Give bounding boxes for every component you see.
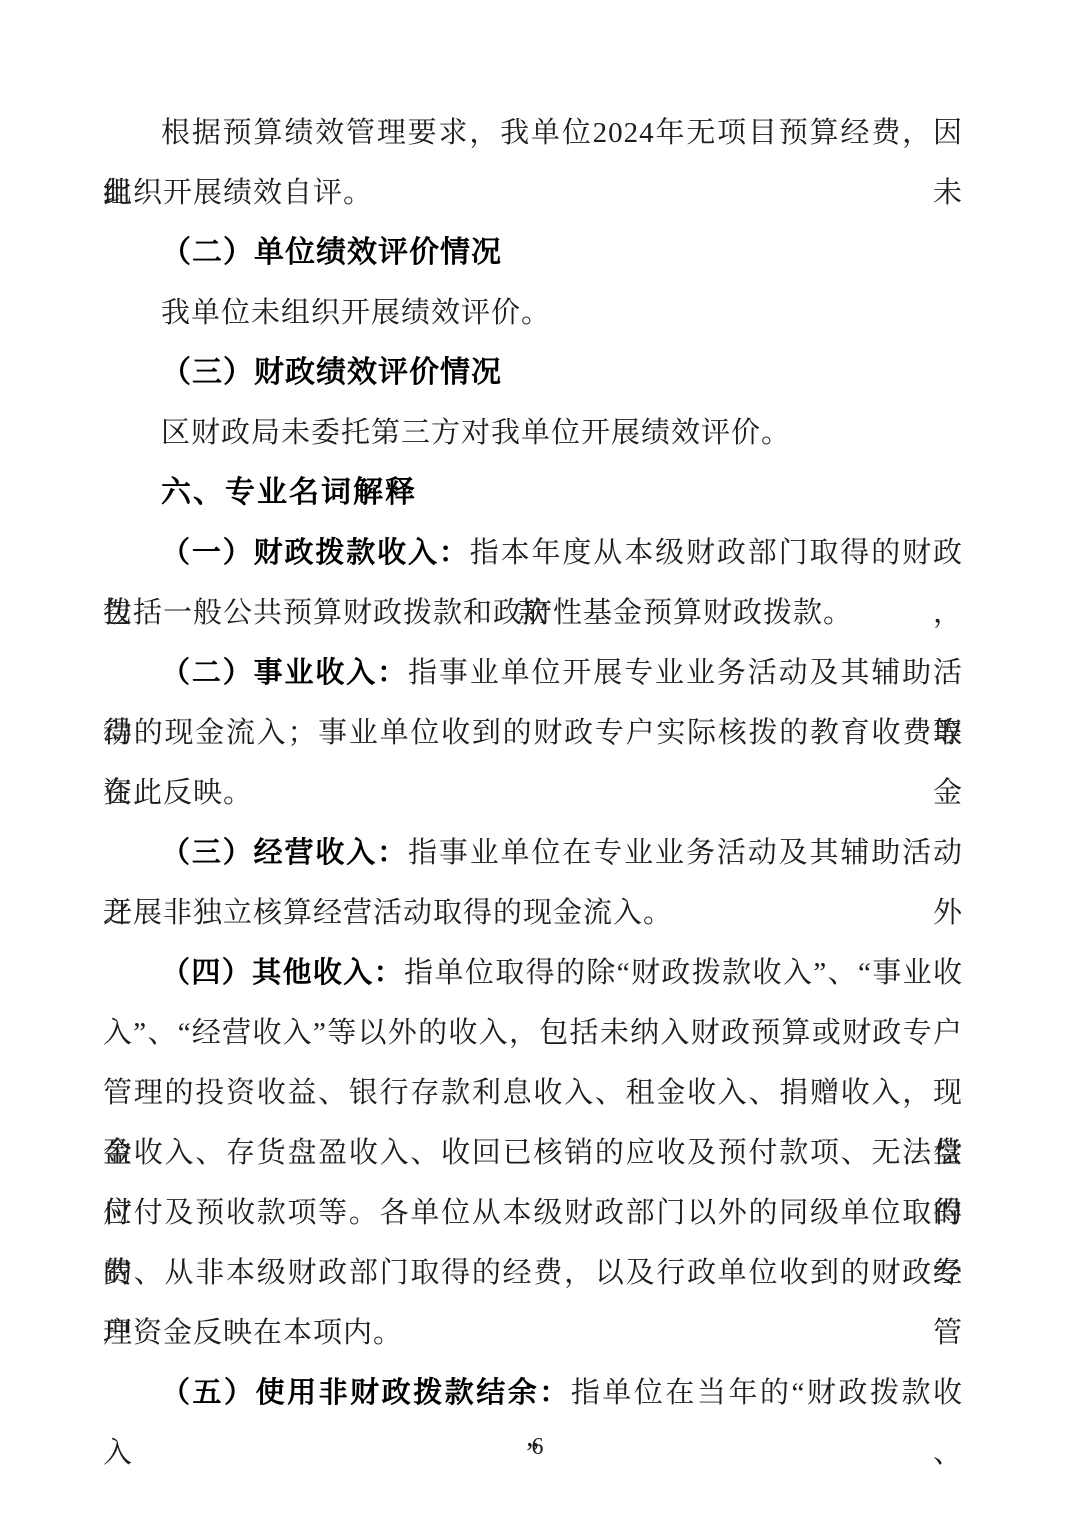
text-line: 应付及预收款项等。各单位从本级财政部门以外的同级单位取得的经 xyxy=(103,1183,963,1243)
paragraph: （五）使用非财政拨款结余：指单位在当年的“财政拨款收入”、 xyxy=(103,1363,963,1423)
text-line: （二）单位绩效评价情况 xyxy=(103,223,963,283)
paragraph: （三）经营收入：指事业单位在专业业务活动及其辅助活动之外开展非独立核算经营活动取… xyxy=(103,823,963,943)
text-line: 区财政局未委托第三方对我单位开展绩效评价。 xyxy=(103,403,963,463)
text-line: 六、专业名词解释 xyxy=(103,463,963,523)
text-line: （二）事业收入：指事业单位开展专业业务活动及其辅助活动取 xyxy=(103,643,963,703)
term-label: （三）经营收入： xyxy=(161,837,408,869)
section-heading: 六、专业名词解释 xyxy=(103,463,963,523)
text-line: 盈收入、存货盘盈收入、收回已核销的应收及预付款项、无法偿付的 xyxy=(103,1123,963,1183)
document-content: 根据预算绩效管理要求，我单位2024年无项目预算经费，因此未组织开展绩效自评。（… xyxy=(103,103,963,1423)
document-page: 根据预算绩效管理要求，我单位2024年无项目预算经费，因此未组织开展绩效自评。（… xyxy=(0,0,1075,1520)
term-label: （一）财政拨款收入： xyxy=(161,537,470,569)
text-line: 包括一般公共预算财政拨款和政府性基金预算财政拨款。 xyxy=(103,583,963,643)
paragraph: 我单位未组织开展绩效评价。 xyxy=(103,283,963,343)
text-line: 我单位未组织开展绩效评价。 xyxy=(103,283,963,343)
term-label: （五）使用非财政拨款结余： xyxy=(161,1377,571,1409)
text-line: 根据预算绩效管理要求，我单位2024年无项目预算经费，因此未 xyxy=(103,103,963,163)
term-label: （四）其他收入： xyxy=(161,957,404,989)
text-line: 费、从非本级财政部门取得的经费，以及行政单位收到的财政专户管 xyxy=(103,1243,963,1303)
section-heading: （二）单位绩效评价情况 xyxy=(103,223,963,283)
paragraph: （二）事业收入：指事业单位开展专业业务活动及其辅助活动取得的现金流入；事业单位收… xyxy=(103,643,963,823)
text-line: （一）财政拨款收入：指本年度从本级财政部门取得的财政拨款， xyxy=(103,523,963,583)
paragraph: 根据预算绩效管理要求，我单位2024年无项目预算经费，因此未组织开展绩效自评。 xyxy=(103,103,963,223)
paragraph: （一）财政拨款收入：指本年度从本级财政部门取得的财政拨款，包括一般公共预算财政拨… xyxy=(103,523,963,643)
text-line: 入”、“经营收入”等以外的收入，包括未纳入财政预算或财政专户 xyxy=(103,1003,963,1063)
text-line: 管理的投资收益、银行存款利息收入、租金收入、捐赠收入，现金盘 xyxy=(103,1063,963,1123)
text-line: （三）财政绩效评价情况 xyxy=(103,343,963,403)
text-line: （五）使用非财政拨款结余：指单位在当年的“财政拨款收入”、 xyxy=(103,1363,963,1423)
page-number: 6 xyxy=(0,1432,1075,1462)
text-line: 得的现金流入；事业单位收到的财政专户实际核拨的教育收费等资金 xyxy=(103,703,963,763)
section-heading: （三）财政绩效评价情况 xyxy=(103,343,963,403)
text-line: （四）其他收入：指单位取得的除“财政拨款收入”、“事业收 xyxy=(103,943,963,1003)
text-line: （三）经营收入：指事业单位在专业业务活动及其辅助活动之外 xyxy=(103,823,963,883)
paragraph: （四）其他收入：指单位取得的除“财政拨款收入”、“事业收入”、“经营收入”等以外… xyxy=(103,943,963,1363)
term-label: （二）事业收入： xyxy=(161,657,408,689)
term-definition: 指单位取得的除“财政拨款收入”、“事业收 xyxy=(404,957,963,989)
paragraph: 区财政局未委托第三方对我单位开展绩效评价。 xyxy=(103,403,963,463)
